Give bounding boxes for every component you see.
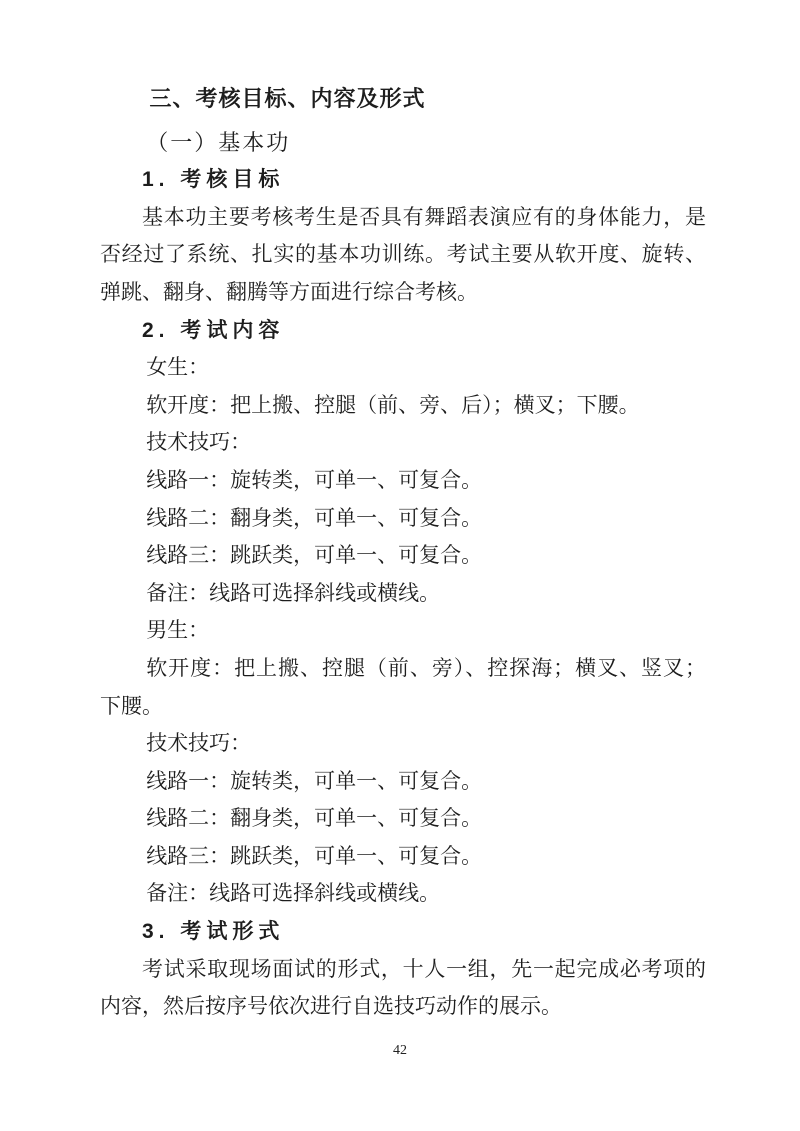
page-number: 42 <box>0 1042 800 1060</box>
girls-skills-label-line: 技术技巧： <box>100 424 706 462</box>
girls-softness-line: 软开度：把上搬、控腿（前、旁、后）；横叉；下腰。 <box>100 387 706 425</box>
girls-note-line: 备注：线路可选择斜线或横线。 <box>100 575 706 613</box>
girls-label-line: 女生： <box>100 349 706 387</box>
girls-route-2-line: 线路二：翻身类，可单一、可复合。 <box>100 500 706 538</box>
girls-route-3-line: 线路三：跳跃类，可单一、可复合。 <box>100 537 706 575</box>
boys-route-2-line: 线路二：翻身类，可单一、可复合。 <box>100 800 706 838</box>
document-page: 三、考核目标、内容及形式 （一）基本功 1. 考核目标 基本功主要考核考生是否具… <box>0 0 800 1131</box>
boys-route-3-line: 线路三：跳跃类，可单一、可复合。 <box>100 838 706 876</box>
boys-softness-cont-line: 下腰。 <box>100 688 706 726</box>
paragraph-line: 基本功主要考核考生是否具有舞蹈表演应有的身体能力，是 <box>100 199 706 237</box>
girls-route-1-line: 线路一：旋转类，可单一、可复合。 <box>100 462 706 500</box>
section-heading: 三、考核目标、内容及形式 <box>100 80 706 118</box>
paragraph-line: 弹跳、翻身、翻腾等方面进行综合考核。 <box>100 274 706 312</box>
numbered-heading-1: 1. 考核目标 <box>100 161 706 199</box>
paragraph-line: 内容，然后按序号依次进行自选技巧动作的展示。 <box>100 988 706 1026</box>
boys-skills-label-line: 技术技巧： <box>100 725 706 763</box>
numbered-heading-2: 2. 考试内容 <box>100 312 706 350</box>
boys-softness-line: 软开度：把上搬、控腿（前、旁）、控探海；横叉、竖叉； <box>100 650 706 688</box>
paragraph-line: 否经过了系统、扎实的基本功训练。考试主要从软开度、旋转、 <box>100 236 706 274</box>
boys-note-line: 备注：线路可选择斜线或横线。 <box>100 875 706 913</box>
subsection-heading: （一）基本功 <box>100 124 706 162</box>
numbered-heading-3: 3. 考试形式 <box>100 913 706 951</box>
page-content: 三、考核目标、内容及形式 （一）基本功 1. 考核目标 基本功主要考核考生是否具… <box>100 80 706 1026</box>
paragraph-line: 考试采取现场面试的形式，十人一组，先一起完成必考项的 <box>100 951 706 989</box>
boys-label-line: 男生： <box>100 612 706 650</box>
boys-route-1-line: 线路一：旋转类，可单一、可复合。 <box>100 763 706 801</box>
